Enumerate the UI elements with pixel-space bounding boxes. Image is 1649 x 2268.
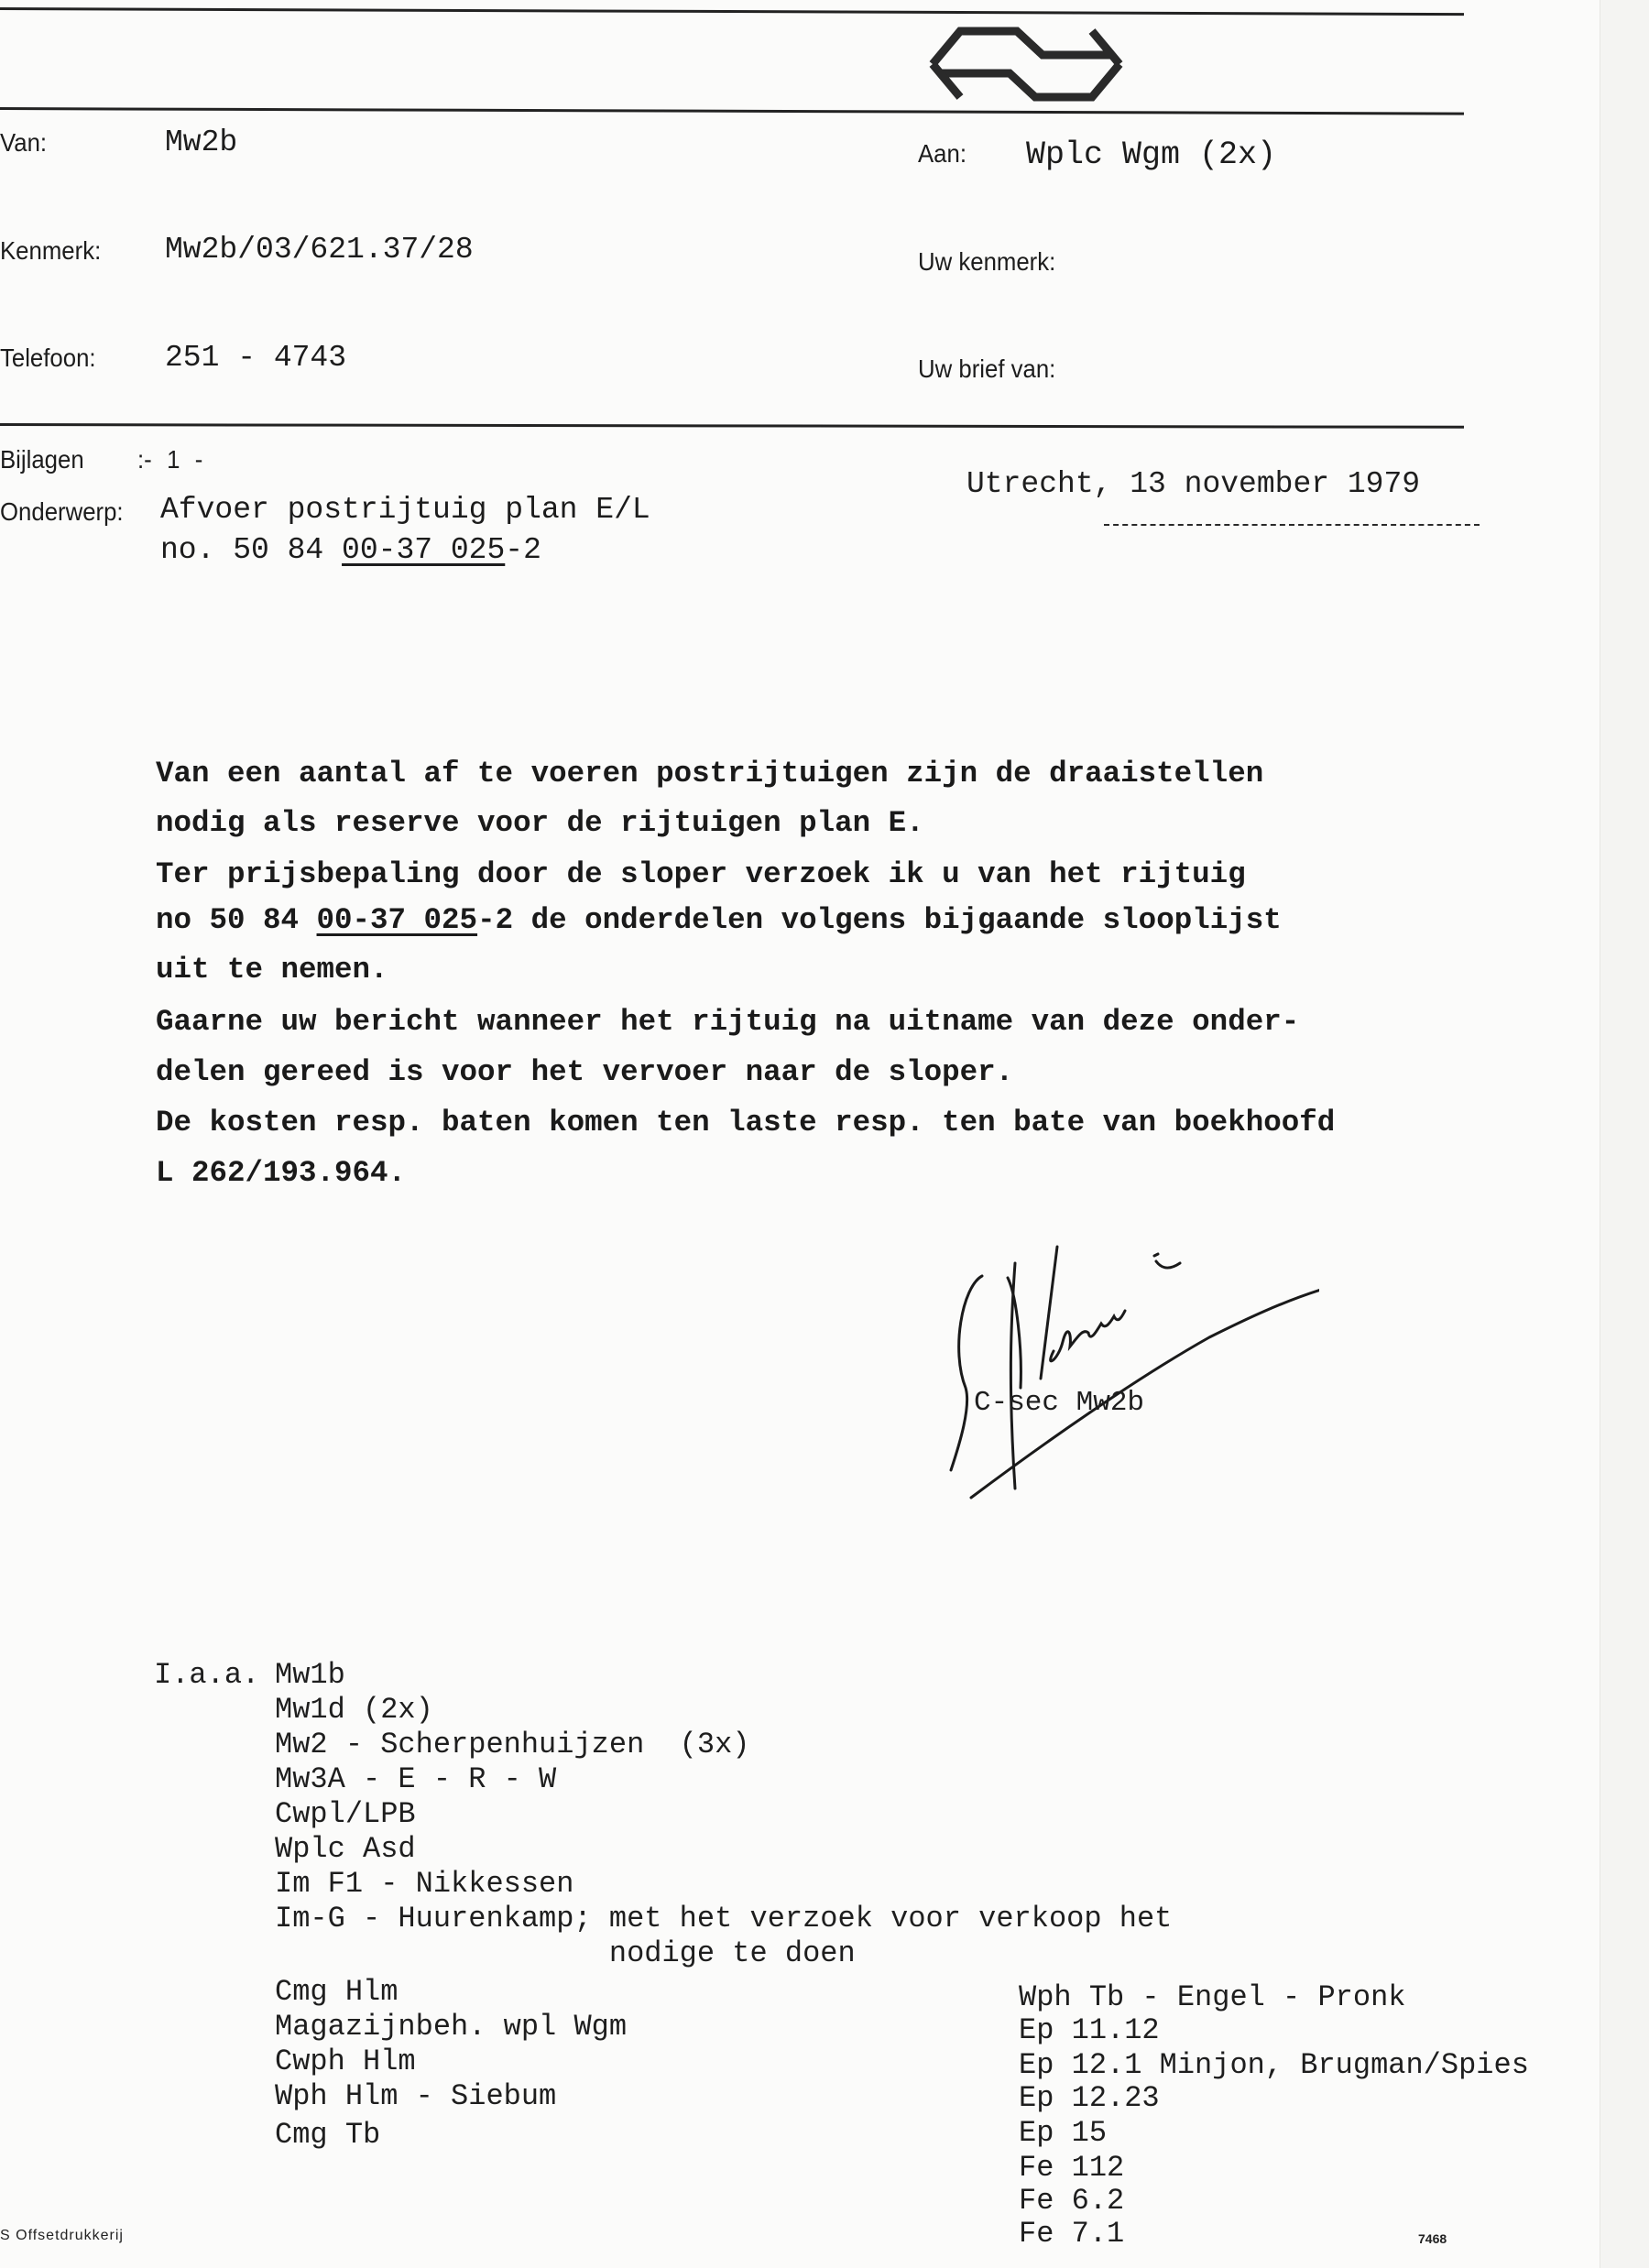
van-label: Van: <box>0 128 47 158</box>
onderwerp-line2-suffix: -2 <box>505 533 541 567</box>
bijlagen-label: Bijlagen <box>0 445 84 474</box>
distribution-left-8: nodige te doen <box>275 1936 856 1970</box>
distribution-right-3: Ep 12.23 <box>1019 2081 1160 2115</box>
body-line-6: Gaarne uw bericht wanneer het rijtuig na… <box>156 1005 1299 1039</box>
body-line-7: delen gereed is voor het vervoer naar de… <box>156 1055 1013 1089</box>
distribution-prefix: I.a.a. <box>154 1658 259 1692</box>
onderwerp-line2-prefix: no. 50 84 <box>160 533 342 567</box>
distribution-left-9: Cmg Hlm <box>275 1975 398 2009</box>
distribution-left-13: Cmg Tb <box>275 2118 380 2152</box>
onderwerp-line2: no. 50 84 00-37 025-2 <box>160 533 541 567</box>
place-date: Utrecht, 13 november 1979 <box>966 467 1420 501</box>
kenmerk-value: Mw2b/03/621.37/28 <box>165 233 474 267</box>
distribution-right-6: Fe 6.2 <box>1019 2184 1124 2218</box>
telefoon-label: Telefoon: <box>0 343 96 373</box>
body-line-8: De kosten resp. baten komen ten laste re… <box>156 1106 1335 1139</box>
distribution-left-1: Mw1d (2x) <box>275 1693 433 1727</box>
ns-logo-icon <box>925 26 1127 103</box>
telefoon-value: 251 - 4743 <box>165 341 346 375</box>
printer-imprint: S Offsetdrukkerij <box>0 2228 124 2244</box>
van-value: Mw2b <box>165 125 237 159</box>
aan-label: Aan: <box>918 139 966 169</box>
distribution-left-2: Mw2 - Scherpenhuijzen (3x) <box>275 1728 749 1761</box>
distribution-right-2: Ep 12.1 Minjon, Brugman/Spies <box>1019 2048 1529 2082</box>
body-line-4-suffix: -2 <box>477 903 531 937</box>
body-line-5: uit te nemen. <box>156 953 388 987</box>
distribution-left-6: Im F1 - Nikkessen <box>275 1867 573 1901</box>
form-number: 7468 <box>1418 2231 1447 2246</box>
body-line-9: L 262/193.964. <box>156 1156 406 1190</box>
kenmerk-label: Kenmerk: <box>0 236 101 266</box>
onderwerp-line1: Afvoer postrijtuig plan E/L <box>160 493 650 527</box>
bijlagen-value: :- 1 - <box>137 445 202 474</box>
body-line-3: Ter prijsbepaling door de sloper verzoek… <box>156 857 1246 891</box>
page-edge-shadow <box>1600 0 1649 2268</box>
uw-brief-label: Uw brief van: <box>918 354 1055 384</box>
header-rule <box>0 107 1464 115</box>
aan-value: Wplc Wgm (2x) <box>1026 136 1276 173</box>
body-line-2: nodig als reserve voor de rijtuigen plan… <box>156 806 924 840</box>
distribution-left-3: Mw3A - E - R - W <box>275 1762 556 1796</box>
distribution-right-7: Fe 7.1 <box>1019 2217 1124 2251</box>
body-line-4-rest: de onderdelen volgens bijgaande slooplij… <box>531 903 1282 937</box>
distribution-left-10: Magazijnbeh. wpl Wgm <box>275 2010 627 2044</box>
distribution-left-11: Cwph Hlm <box>275 2044 416 2078</box>
distribution-left-12: Wph Hlm - Siebum <box>275 2079 556 2113</box>
onderwerp-label: Onderwerp: <box>0 497 124 527</box>
signature-title: C-sec Mw2b <box>974 1387 1144 1419</box>
distribution-right-0: Wph Tb - Engel - Pronk <box>1019 1980 1405 2014</box>
meta-rule <box>0 423 1464 429</box>
top-rule <box>0 7 1464 16</box>
body-line-4: no 50 84 00-37 025-2 de onderdelen volge… <box>156 903 1282 937</box>
distribution-left-7: Im-G - Huurenkamp; met het verzoek voor … <box>275 1902 1172 1935</box>
distribution-right-5: Fe 112 <box>1019 2151 1124 2185</box>
body-line-4-underlined: 00-37 025 <box>317 903 478 937</box>
distribution-left-5: Wplc Asd <box>275 1832 416 1866</box>
distribution-right-4: Ep 15 <box>1019 2116 1107 2150</box>
distribution-right-1: Ep 11.12 <box>1019 2013 1160 2047</box>
distribution-left-0: Mw1b <box>275 1658 345 1692</box>
body-line-1: Van een aantal af te voeren postrijtuige… <box>156 757 1263 791</box>
body-line-4-prefix: no 50 84 <box>156 903 317 937</box>
uw-kenmerk-label: Uw kenmerk: <box>918 247 1055 277</box>
date-underline <box>1104 524 1480 526</box>
handwritten-signature-icon <box>934 1241 1319 1516</box>
distribution-left-4: Cwpl/LPB <box>275 1797 416 1831</box>
onderwerp-line2-underlined: 00-37 025 <box>342 533 505 567</box>
